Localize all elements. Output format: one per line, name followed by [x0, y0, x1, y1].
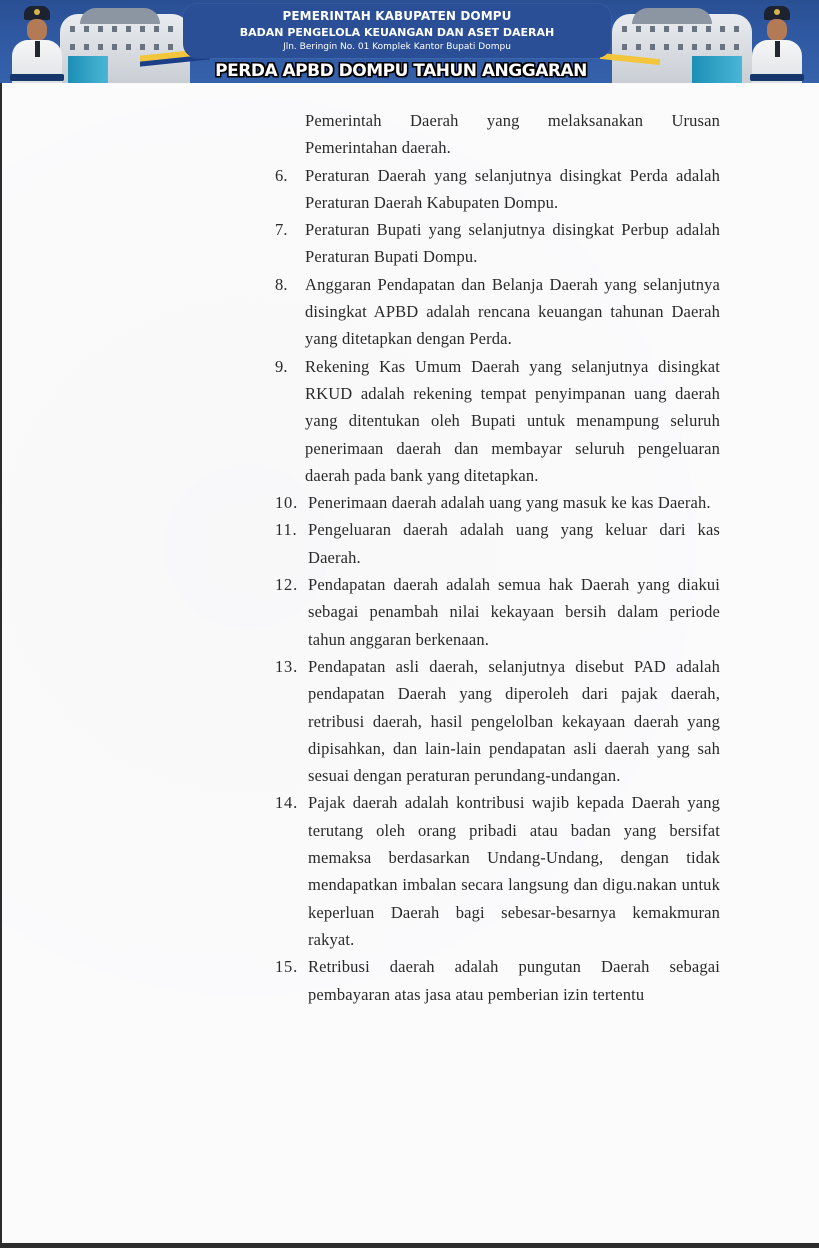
list-item-number: 11.: [275, 516, 308, 571]
definitions-list: Pemerintah Daerah yang melaksanakan Urus…: [275, 107, 720, 1008]
list-item-text: Penerimaan daerah adalah uang yang masuk…: [308, 489, 720, 516]
office-building-image-right: [612, 14, 752, 83]
list-item: 9.Rekening Kas Umum Daerah yang selanjut…: [275, 353, 720, 489]
agency-name: BADAN PENGELOLA KEUANGAN DAN ASET DAERAH: [183, 26, 611, 39]
list-item-text: Pengeluaran daerah adalah uang yang kelu…: [308, 516, 720, 571]
office-building-image-left: [60, 14, 190, 83]
portrait-bupati: [10, 4, 64, 83]
portrait-wakil-bupati: [750, 4, 804, 83]
list-item-number: 12.: [275, 571, 308, 653]
list-item: 7.Peraturan Bupati yang selanjutnya disi…: [275, 216, 720, 271]
list-item-text: Pajak daerah adalah kontribusi wajib kep…: [308, 789, 720, 953]
list-item-continuation: Pemerintah Daerah yang melaksanakan Urus…: [275, 107, 720, 162]
list-item-text: Pendapatan asli daerah, selanjutnya dise…: [308, 653, 720, 789]
list-item-text: Peraturan Daerah yang selanjutnya dising…: [305, 162, 720, 217]
list-item: 11.Pengeluaran daerah adalah uang yang k…: [275, 516, 720, 571]
list-item-number: 13.: [275, 653, 308, 789]
list-item-number: 15.: [275, 953, 308, 1008]
list-item: 13.Pendapatan asli daerah, selanjutnya d…: [275, 653, 720, 789]
list-item-text: Pendapatan daerah adalah semua hak Daera…: [308, 571, 720, 653]
list-item-text: Retribusi daerah adalah pungutan Daerah …: [308, 953, 720, 1008]
list-item: 10.Penerimaan daerah adalah uang yang ma…: [275, 489, 720, 516]
list-item-number: 6.: [275, 162, 305, 217]
agency-address: Jln. Beringin No. 01 Komplek Kantor Bupa…: [183, 42, 611, 52]
list-item: 15.Retribusi daerah adalah pungutan Daer…: [275, 953, 720, 1008]
list-item-number: 9.: [275, 353, 305, 489]
list-item: 12.Pendapatan daerah adalah semua hak Da…: [275, 571, 720, 653]
list-item-text: Peraturan Bupati yang selanjutnya dising…: [305, 216, 720, 271]
list-item-text: Anggaran Pendapatan dan Belanja Daerah y…: [305, 271, 720, 353]
list-item: 14.Pajak daerah adalah kontribusi wajib …: [275, 789, 720, 953]
list-item: 6.Peraturan Daerah yang selanjutnya disi…: [275, 162, 720, 217]
agency-info-box: PEMERINTAH KABUPATEN DOMPU BADAN PENGELO…: [183, 4, 611, 58]
list-item-number: 10.: [275, 489, 308, 516]
list-item-text: Rekening Kas Umum Daerah yang selanjutny…: [305, 353, 720, 489]
list-item-number: 14.: [275, 789, 308, 953]
header-banner: PEMERINTAH KABUPATEN DOMPU BADAN PENGELO…: [0, 0, 819, 83]
document-title: PERDA APBD DOMPU TAHUN ANGGARAN 2026: [196, 60, 606, 82]
portrait-nameplate: [750, 74, 804, 81]
list-item-number: 8.: [275, 271, 305, 353]
government-name: PEMERINTAH KABUPATEN DOMPU: [183, 9, 611, 23]
portrait-nameplate: [10, 74, 64, 81]
list-item: 8.Anggaran Pendapatan dan Belanja Daerah…: [275, 271, 720, 353]
document-page: Pemerintah Daerah yang melaksanakan Urus…: [2, 83, 819, 1243]
list-item-number: 7.: [275, 216, 305, 271]
